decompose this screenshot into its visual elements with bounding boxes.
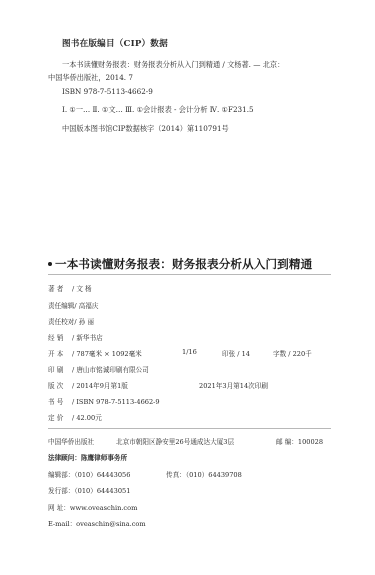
cip-line-2: 中国华侨出版社，2014. 7 (48, 73, 133, 83)
detail-printer: 印 刷/ 唐山市铭诚印刷有限公司 (48, 364, 149, 374)
detail-label: 著 者 (48, 283, 72, 293)
detail-format-ratio: 1/16 (182, 348, 197, 356)
detail-value: / 高福庆 (74, 302, 98, 310)
cip-isbn: ISBN 978-7-5113-4662-9 (62, 87, 153, 96)
detail-price: 定 价/ 42.00元 (48, 412, 102, 422)
divider-top (48, 274, 331, 275)
publisher-postcode: 邮 编：100028 (276, 436, 323, 446)
detail-label: 书 号 (48, 396, 72, 406)
detail-value: / 42.00元 (72, 414, 102, 422)
detail-value: / 2014年9月第1版 (72, 382, 128, 390)
sales-phone: 发行部：（010）64443051 (48, 485, 130, 495)
detail-value: / 新华书店 (72, 334, 103, 342)
detail-editor: 责任编辑/ 高福庆 (48, 300, 98, 310)
detail-value: / ISBN 978-7-5113-4662-9 (72, 398, 160, 406)
detail-value: / 孙 丽 (74, 318, 94, 326)
detail-format: 开 本/ 787毫米 × 1092毫米 1/16 印张 / 14 字数 / 22… (48, 348, 348, 358)
detail-label: 版 次 (48, 380, 72, 390)
detail-printing: 2021年3月第14次印刷 (199, 380, 268, 390)
publisher-name: 中国华侨出版社 (48, 438, 94, 446)
divider-bottom (48, 428, 331, 429)
detail-word-count: 字数 / 220千 (273, 348, 312, 358)
detail-label: 印 刷 (48, 364, 72, 374)
legal-counsel: 法律顾问：陈鹰律师事务所 (48, 452, 127, 462)
detail-edition: 版 次/ 2014年9月第1版 2021年3月第14次印刷 (48, 380, 348, 390)
book-title: 一本书读懂财务报表：财务报表分析从入门到精通 (48, 256, 312, 272)
bullet-icon (48, 262, 52, 266)
detail-label: 定 价 (48, 412, 72, 422)
email-link[interactable]: E-mail：oveaschin@sina.com (48, 518, 146, 528)
cip-classification: Ⅰ. ①一… Ⅱ. ①文… Ⅲ. ①会计报表 - 会计分析 Ⅳ. ①F231.5 (62, 105, 254, 115)
detail-label: 经 销 (48, 332, 72, 342)
editorial-phone: 编辑部：（010）64443056 (48, 471, 130, 479)
fax-number: 传真：（010）64439708 (166, 469, 242, 479)
detail-value: / 文 杨 (72, 285, 92, 293)
detail-sheets: 印张 / 14 (222, 348, 250, 358)
cip-number: 中国版本图书馆CIP数据核字（2014）第110791号 (62, 124, 229, 134)
detail-label: 责任编辑 (48, 300, 74, 310)
detail-value: / 787毫米 × 1092毫米 (72, 350, 142, 358)
detail-distributor: 经 销/ 新华书店 (48, 332, 103, 342)
book-title-text: 一本书读懂财务报表：财务报表分析从入门到精通 (55, 257, 312, 271)
publisher-address: 北京市朝阳区静安里26号通成达大厦3层 (116, 436, 234, 446)
website-link[interactable]: 网 址：www.oveaschin.com (48, 502, 137, 512)
cip-title: 图书在版编目（CIP）数据 (62, 37, 168, 49)
detail-proofreader: 责任校对/ 孙 丽 (48, 316, 94, 326)
detail-isbn: 书 号/ ISBN 978-7-5113-4662-9 (48, 396, 160, 406)
publisher-line: 中国华侨出版社 北京市朝阳区静安里26号通成达大厦3层 邮 编：100028 (48, 436, 333, 446)
detail-value: / 唐山市铭诚印刷有限公司 (72, 366, 149, 374)
detail-author: 著 者/ 文 杨 (48, 283, 92, 293)
cip-line-1: 一本书读懂财务报表：财务报表分析从入门到精通 / 文杨著. — 北京： (62, 60, 284, 70)
detail-label: 开 本 (48, 348, 72, 358)
contact-line: 编辑部：（010）64443056 传真：（010）64439708 (48, 469, 333, 479)
detail-label: 责任校对 (48, 316, 74, 326)
